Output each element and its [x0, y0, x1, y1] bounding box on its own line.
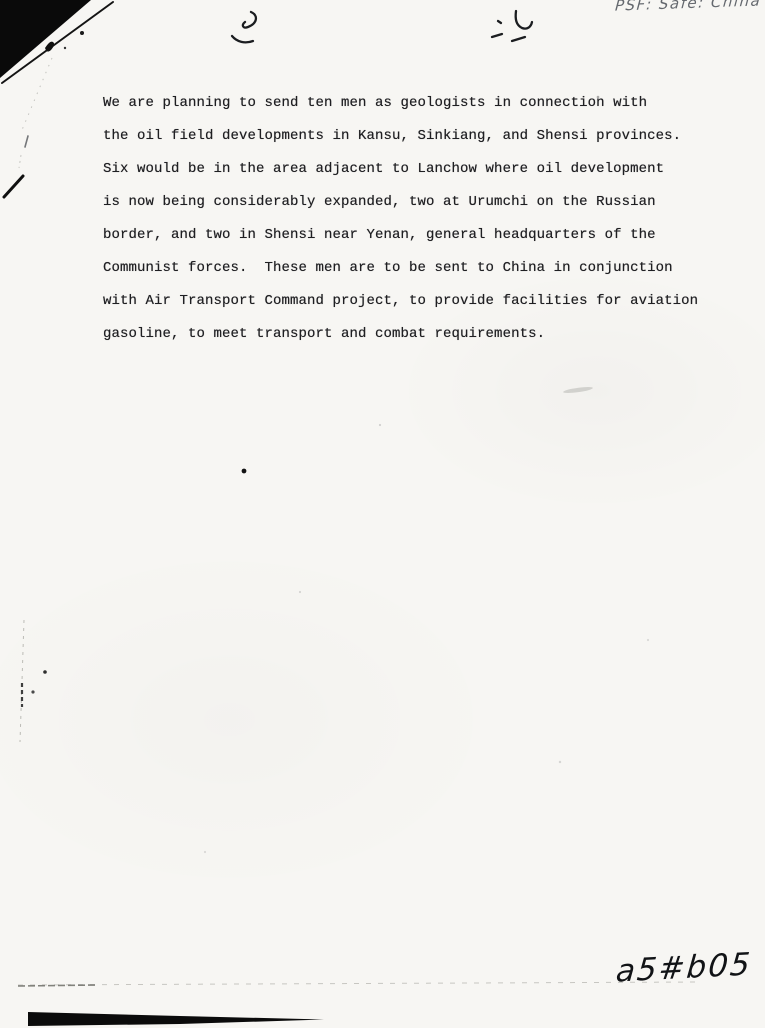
black-bar-artifact: [28, 1012, 324, 1026]
typed-line: Six would be in the area adjacent to Lan…: [103, 153, 713, 186]
typed-line: We are planning to send ten men as geolo…: [103, 87, 713, 120]
crease-trail: [22, 58, 52, 130]
typed-paragraph: We are planning to send ten men as geolo…: [103, 87, 713, 351]
typed-line: border, and two in Shensi near Yenan, ge…: [103, 219, 713, 252]
pen-mark-left: [232, 12, 256, 42]
left-crease: [20, 620, 47, 742]
edge-slash-mark: [4, 176, 23, 197]
typed-line: Communist forces. These men are to be se…: [103, 252, 713, 285]
corner-fold-artifact: [0, 0, 91, 78]
typed-line: gasoline, to meet transport and combat r…: [103, 318, 713, 351]
ink-blob: [45, 42, 54, 52]
smudge-mark: [563, 386, 593, 395]
typed-line: is now being considerably expanded, two …: [103, 186, 713, 219]
scanned-document-page: PSF: Safe: China We are planning to send…: [0, 0, 765, 1028]
handwritten-annotation-bottom-right: a5#b05: [615, 946, 754, 989]
typed-line: with Air Transport Command project, to p…: [103, 285, 713, 318]
corner-crease-line: [2, 2, 113, 83]
handwritten-annotation-top-right: PSF: Safe: China: [614, 0, 762, 15]
ink-dot: [242, 469, 247, 474]
typed-line: the oil field developments in Kansu, Sin…: [103, 120, 713, 153]
pen-mark-right: [492, 11, 532, 41]
bottom-faint-rule: [18, 982, 700, 986]
